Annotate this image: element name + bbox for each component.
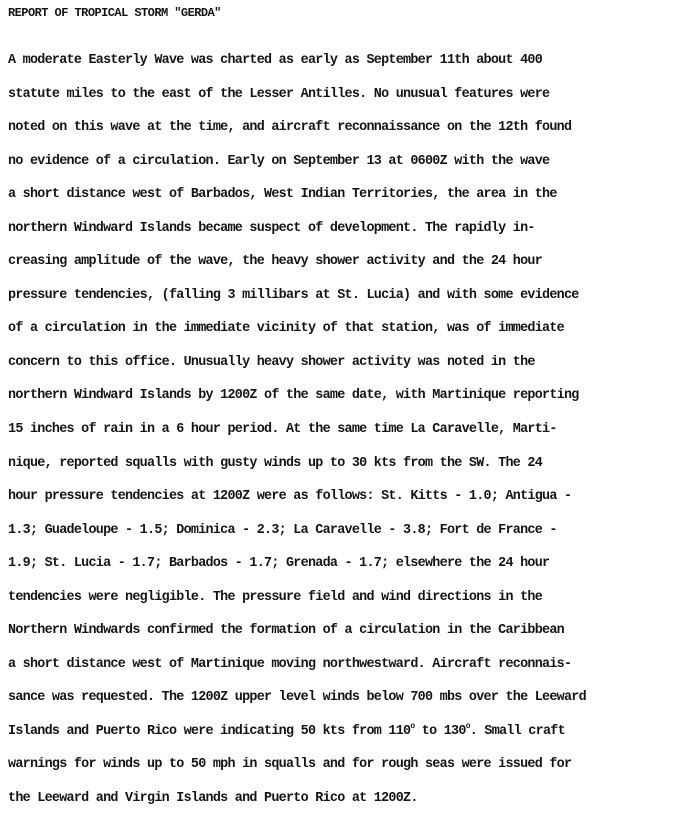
text-line: northern Windward Islands became suspect…	[8, 219, 586, 253]
text-line: 1.3; Guadeloupe - 1.5; Dominica - 2.3; L…	[8, 521, 586, 555]
text-line: pressure tendencies, (falling 3 millibar…	[8, 286, 586, 320]
text-line: sance was requested. The 1200Z upper lev…	[8, 688, 586, 722]
report-body: A moderate Easterly Wave was charted as …	[8, 51, 586, 820]
text-line: Islands and Puerto Rico were indicating …	[8, 722, 586, 756]
text-line: no evidence of a circulation. Early on S…	[8, 152, 586, 186]
text-line: warnings for winds up to 50 mph in squal…	[8, 755, 586, 789]
text-line: of a circulation in the immediate vicini…	[8, 319, 586, 353]
text-line: noted on this wave at the time, and airc…	[8, 118, 586, 152]
text-line: concern to this office. Unusually heavy …	[8, 353, 586, 387]
text-line: 1.9; St. Lucia - 1.7; Barbados - 1.7; Gr…	[8, 554, 586, 588]
text-line: the Leeward and Virgin Islands and Puert…	[8, 789, 586, 820]
text-line: 15 inches of rain in a 6 hour period. At…	[8, 420, 586, 454]
text-line: a short distance west of Barbados, West …	[8, 185, 586, 219]
report-title: REPORT OF TROPICAL STORM "GERDA"	[8, 5, 221, 21]
text-line: nique, reported squalls with gusty winds…	[8, 454, 586, 488]
text-line: northern Windward Islands by 1200Z of th…	[8, 386, 586, 420]
text-line: creasing amplitude of the wave, the heav…	[8, 252, 586, 286]
degree-symbol: o	[466, 722, 470, 731]
degree-symbol: o	[410, 722, 414, 731]
text-line: a short distance west of Martinique movi…	[8, 655, 586, 689]
text-line: Northern Windwards confirmed the formati…	[8, 621, 586, 655]
text-line: tendencies were negligible. The pressure…	[8, 588, 586, 622]
text-line: statute miles to the east of the Lesser …	[8, 85, 586, 119]
text-line: A moderate Easterly Wave was charted as …	[8, 51, 586, 85]
text-line: hour pressure tendencies at 1200Z were a…	[8, 487, 586, 521]
